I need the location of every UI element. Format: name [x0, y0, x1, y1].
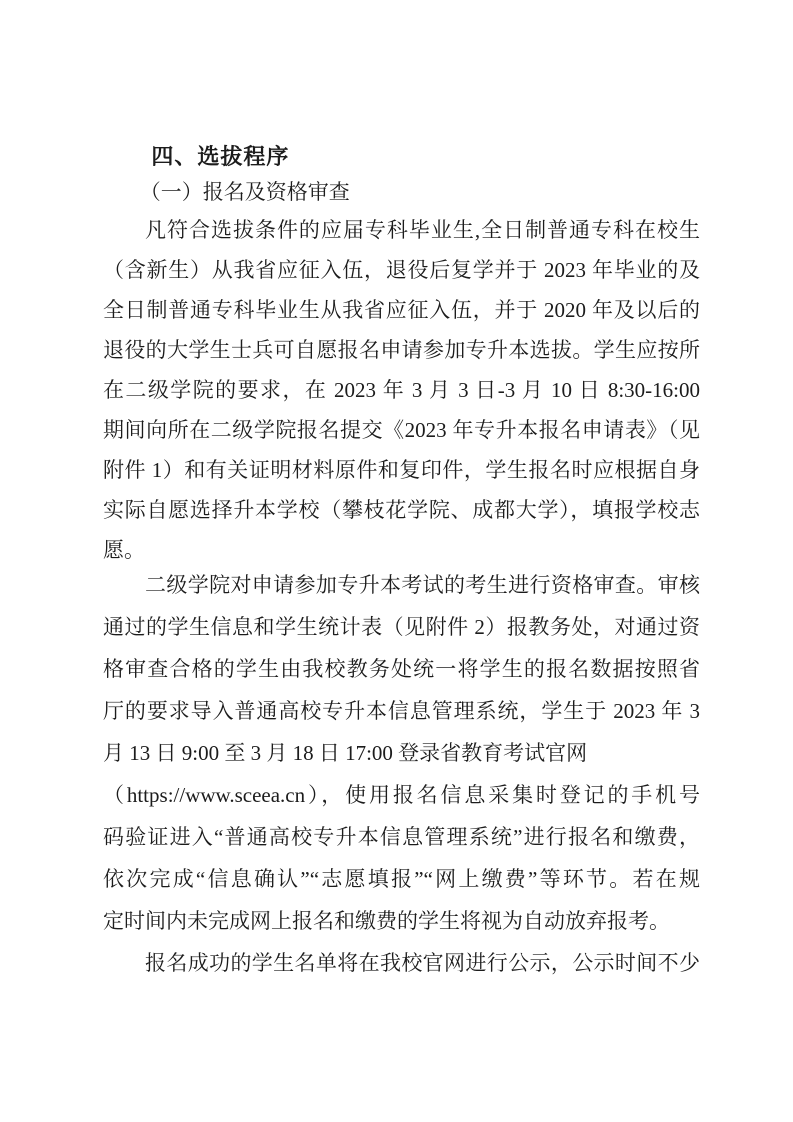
text-line: 通过的学生信息和学生统计表（见附件 2）报教务处，对通过资 — [103, 606, 700, 648]
document-page: 四、选拔程序 （一）报名及资格审查 凡符合选拔条件的应届专科毕业生,全日制普通专… — [0, 0, 793, 1122]
text-line: 月 13 日 9:00 至 3 月 18 日 17:00 登录省教育考试官网 — [103, 732, 700, 774]
text-line: 依次完成“信息确认”“志愿填报”“网上缴费”等环节。若在规 — [103, 858, 700, 900]
subsection-heading: （一）报名及资格审查 — [103, 175, 700, 210]
text-line: 期间向所在二级学院报名提交《2023 年专升本报名申请表》（见 — [103, 410, 700, 450]
text-line: （含新生）从我省应征入伍，退役后复学并于 2023 年毕业的及 — [103, 250, 700, 290]
paragraph-publicity: 报名成功的学生名单将在我校官网进行公示，公示时间不少 — [103, 942, 700, 984]
text-line: 退役的大学生士兵可自愿报名申请参加专升本选拔。学生应按所 — [103, 330, 700, 370]
section-heading: 四、选拔程序 — [103, 139, 700, 175]
text-line: 实际自愿选择升本学校（攀枝花学院、成都大学），填报学校志 — [103, 490, 700, 530]
paragraph-registration-requirements: 凡符合选拔条件的应届专科毕业生,全日制普通专科在校生 （含新生）从我省应征入伍，… — [103, 210, 700, 570]
text-line: 格审查合格的学生由我校教务处统一将学生的报名数据按照省 — [103, 648, 700, 690]
document-content: 四、选拔程序 （一）报名及资格审查 凡符合选拔条件的应届专科毕业生,全日制普通专… — [103, 139, 700, 984]
text-line: 在二级学院的要求，在 2023 年 3 月 3 日-3 月 10 日 8:30-… — [103, 370, 700, 410]
text-line: 二级学院对申请参加专升本考试的考生进行资格审查。审核 — [103, 564, 700, 606]
text-line: 全日制普通专科毕业生从我省应征入伍，并于 2020 年及以后的 — [103, 290, 700, 330]
paragraph-qualification-review: 二级学院对申请参加专升本考试的考生进行资格审查。审核 通过的学生信息和学生统计表… — [103, 564, 700, 942]
text-line: 附件 1）和有关证明材料原件和复印件，学生报名时应根据自身 — [103, 450, 700, 490]
text-line: 码验证进入“普通高校专升本信息管理系统”进行报名和缴费， — [103, 816, 700, 858]
text-line: 厅的要求导入普通高校专升本信息管理系统，学生于 2023 年 3 — [103, 690, 700, 732]
text-line: 报名成功的学生名单将在我校官网进行公示，公示时间不少 — [103, 942, 700, 984]
text-line: （https://www.sceea.cn），使用报名信息采集时登记的手机号 — [103, 774, 700, 816]
text-line: 定时间内未完成网上报名和缴费的学生将视为自动放弃报考。 — [103, 900, 700, 942]
text-line: 凡符合选拔条件的应届专科毕业生,全日制普通专科在校生 — [103, 210, 700, 250]
